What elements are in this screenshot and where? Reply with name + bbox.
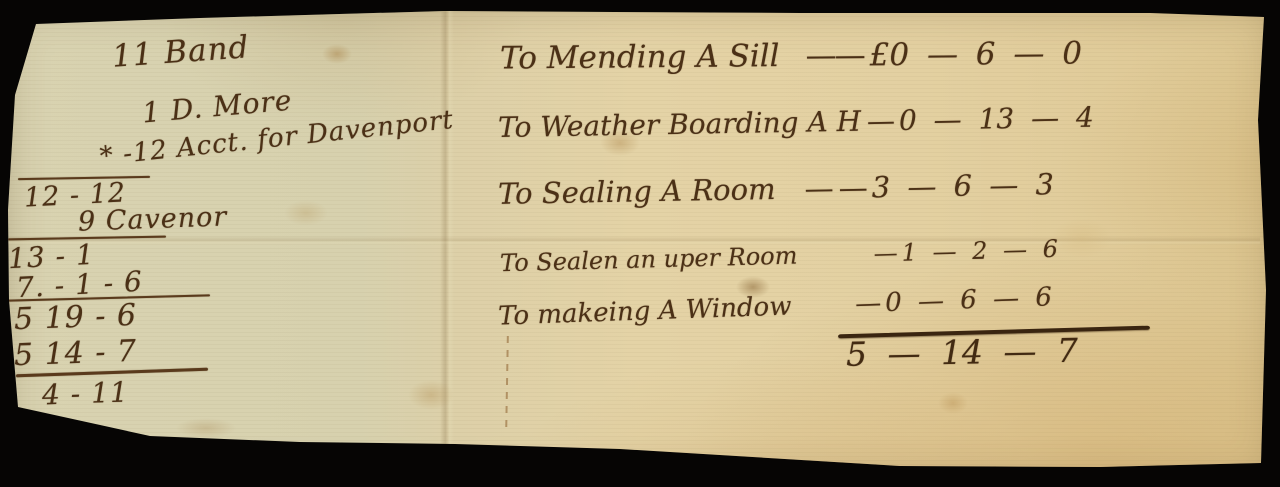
entry-row: To makeing A Window — 0 — 6 — 6	[498, 282, 1053, 331]
entry-row: To Mending A Sill —— £0 — 6 — 0	[500, 35, 1082, 76]
entry-amount: 0 — 6 — 6	[885, 282, 1053, 318]
entry-description: To Sealen an uper Room	[500, 242, 798, 278]
ledger-line: 11 Band	[111, 29, 251, 74]
dash-leader: —	[849, 288, 886, 319]
stain	[322, 44, 352, 64]
entry-description: To Mending A Sill	[500, 38, 780, 76]
dash-leader: —	[867, 239, 902, 268]
stain	[938, 392, 968, 414]
paper-sheet: 11 Band 1 D. More * -12 Acct. for Davenp…	[0, 0, 1280, 487]
entry-description: To Sealing A Room	[498, 172, 776, 211]
entry-amount: £0 — 6 — 0	[870, 35, 1083, 73]
ledger-line: 5 19 - 6	[13, 298, 137, 337]
entry-description: To Weather Boarding A H	[498, 105, 861, 144]
entry-amount: 3 — 6 — 3	[871, 167, 1054, 204]
scan-background: 11 Band 1 D. More * -12 Acct. for Davenp…	[0, 0, 1280, 487]
ledger-line: 1 D. More	[141, 84, 294, 130]
entry-row: To Weather Boarding A H — 0 — 13 — 4	[498, 101, 1078, 144]
entry-description: To makeing A Window	[498, 291, 792, 331]
vertical-fold-crease	[440, 0, 454, 447]
entry-amount: 1 — 2 — 6	[901, 235, 1058, 267]
ledger-line: 5 14 - 7	[13, 334, 137, 373]
ledger-line: 4 - 11	[41, 375, 129, 411]
ledger-line: 9 Cavenor	[78, 201, 228, 237]
entry-amount: 0 — 13 — 4	[899, 101, 1094, 137]
dash-leader: —	[861, 104, 900, 138]
stain	[176, 418, 236, 438]
pen-mark	[505, 336, 509, 432]
stain	[284, 200, 328, 226]
entry-row: To Sealing A Room — — 3 — 6 — 3	[498, 167, 1055, 211]
dash-leader: — —	[798, 170, 872, 205]
dash-leader: ——	[800, 37, 870, 74]
horizontal-fold-crease	[8, 236, 1260, 245]
total-amount: 5 — 14 — 7	[846, 331, 1053, 374]
